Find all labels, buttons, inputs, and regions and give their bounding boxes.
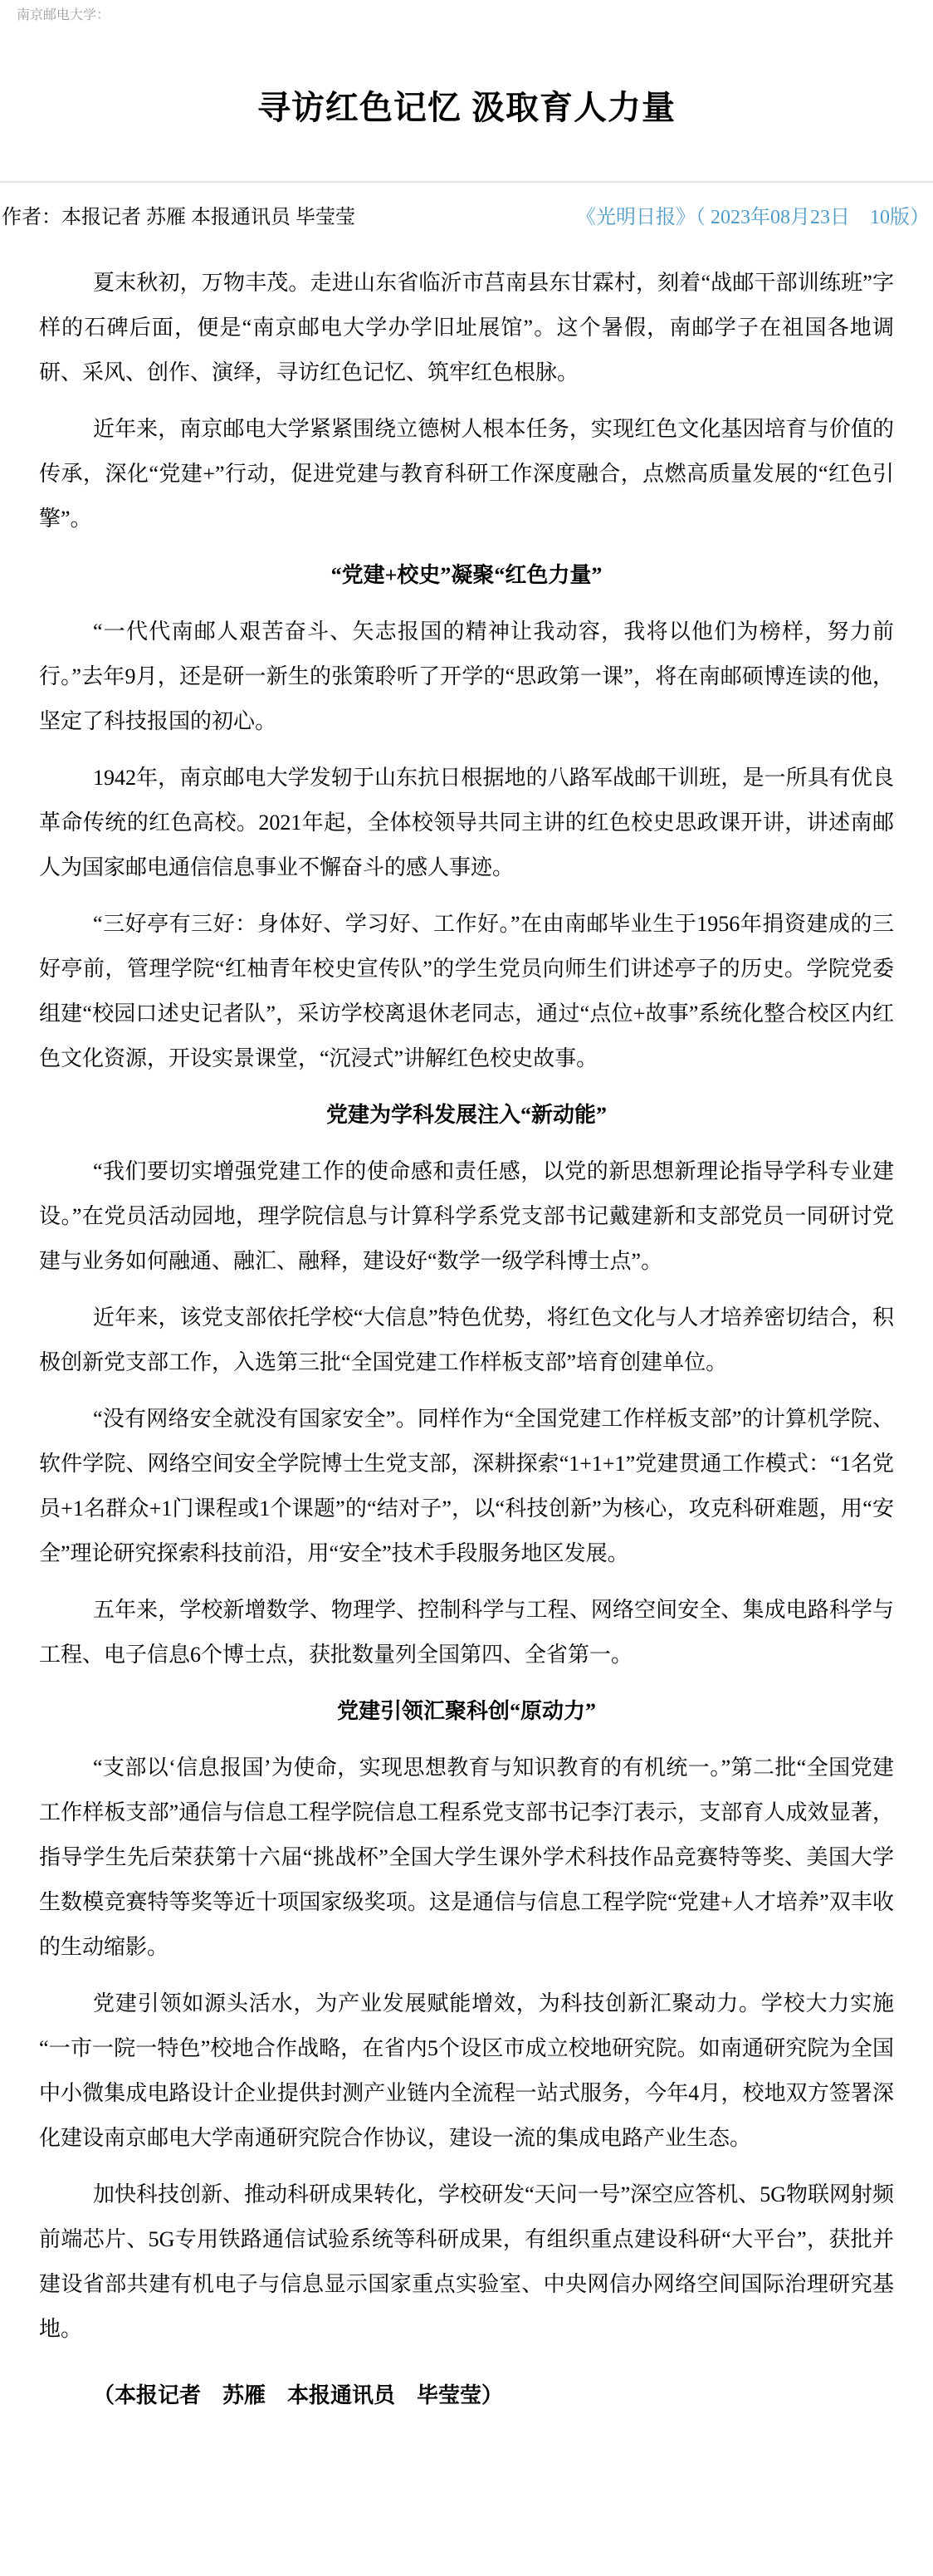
- article-paragraph: “我们要切实增强党建工作的使命感和责任感，以党的新思想新理论指导学科专业建设。”…: [39, 1149, 894, 1284]
- article-paragraph: 1942年，南京邮电大学发轫于山东抗日根据地的八路军战邮干训班，是一所具有优良革…: [39, 756, 894, 890]
- article-paragraph: “没有网络安全就没有国家安全”。同样作为“全国党建工作样板支部”的计算机学院、软…: [39, 1397, 894, 1576]
- page-title: 寻访红色记忆 汲取育人力量: [0, 86, 933, 130]
- section-heading: 党建引领汇聚科创“原动力”: [39, 1689, 894, 1734]
- article-paragraph: “三好亭有三好：身体好、学习好、工作好。”在由南邮毕业生于1956年捐资建成的三…: [39, 902, 894, 1081]
- article-paragraph: 近年来，南京邮电大学紧紧围绕立德树人根本任务，实现红色文化基因培育与价值的传承，…: [39, 407, 894, 541]
- article-paragraph: 加快科技创新、推动科研成果转化，学校研发“天问一号”深空应答机、5G物联网射频前…: [39, 2172, 894, 2352]
- section-heading: “党建+校史”凝聚“红色力量”: [39, 553, 894, 598]
- byline: 作者：本报记者 苏雁 本报通讯员 毕莹莹 《光明日报》（ 2023年08月23日…: [0, 204, 933, 231]
- article-paragraph: 近年来，该党支部依托学校“大信息”特色优势，将红色文化与人才培养密切结合，积极创…: [39, 1295, 894, 1385]
- article-paragraph: 夏末秋初，万物丰茂。走进山东省临沂市莒南县东甘霖村，刻着“战邮干部训练班”字样的…: [39, 261, 894, 395]
- section-heading: 党建为学科发展注入“新动能”: [39, 1093, 894, 1138]
- article-paragraph: 五年来，学校新增数学、物理学、控制科学与工程、网络空间安全、集成电路科学与工程、…: [39, 1588, 894, 1677]
- article-paragraph: “支部以‘信息报国’为使命，实现思想教育与知识教育的有机统一。”第二批“全国党建…: [39, 1746, 894, 1970]
- source-label: 南京邮电大学：: [17, 7, 933, 25]
- article-page: 南京邮电大学： 寻访红色记忆 汲取育人力量 作者：本报记者 苏雁 本报通讯员 毕…: [0, 7, 933, 2440]
- byline-authors: 作者：本报记者 苏雁 本报通讯员 毕莹莹: [2, 204, 355, 231]
- footer-credit: （本报记者 苏雁 本报通讯员 毕莹莹）: [39, 2373, 894, 2418]
- divider: [0, 181, 933, 183]
- article-paragraph: 党建引领如源头活水，为产业发展赋能增效，为科技创新汇聚动力。学校大力实施“一市一…: [39, 1981, 894, 2161]
- article-body: 夏末秋初，万物丰茂。走进山东省临沂市莒南县东甘霖村，刻着“战邮干部训练班”字样的…: [0, 231, 933, 2418]
- byline-publication-link[interactable]: 《光明日报》（ 2023年08月23日 10版）: [576, 204, 930, 231]
- article-paragraph: “一代代南邮人艰苦奋斗、矢志报国的精神让我动容，我将以他们为榜样，努力前行。”去…: [39, 610, 894, 744]
